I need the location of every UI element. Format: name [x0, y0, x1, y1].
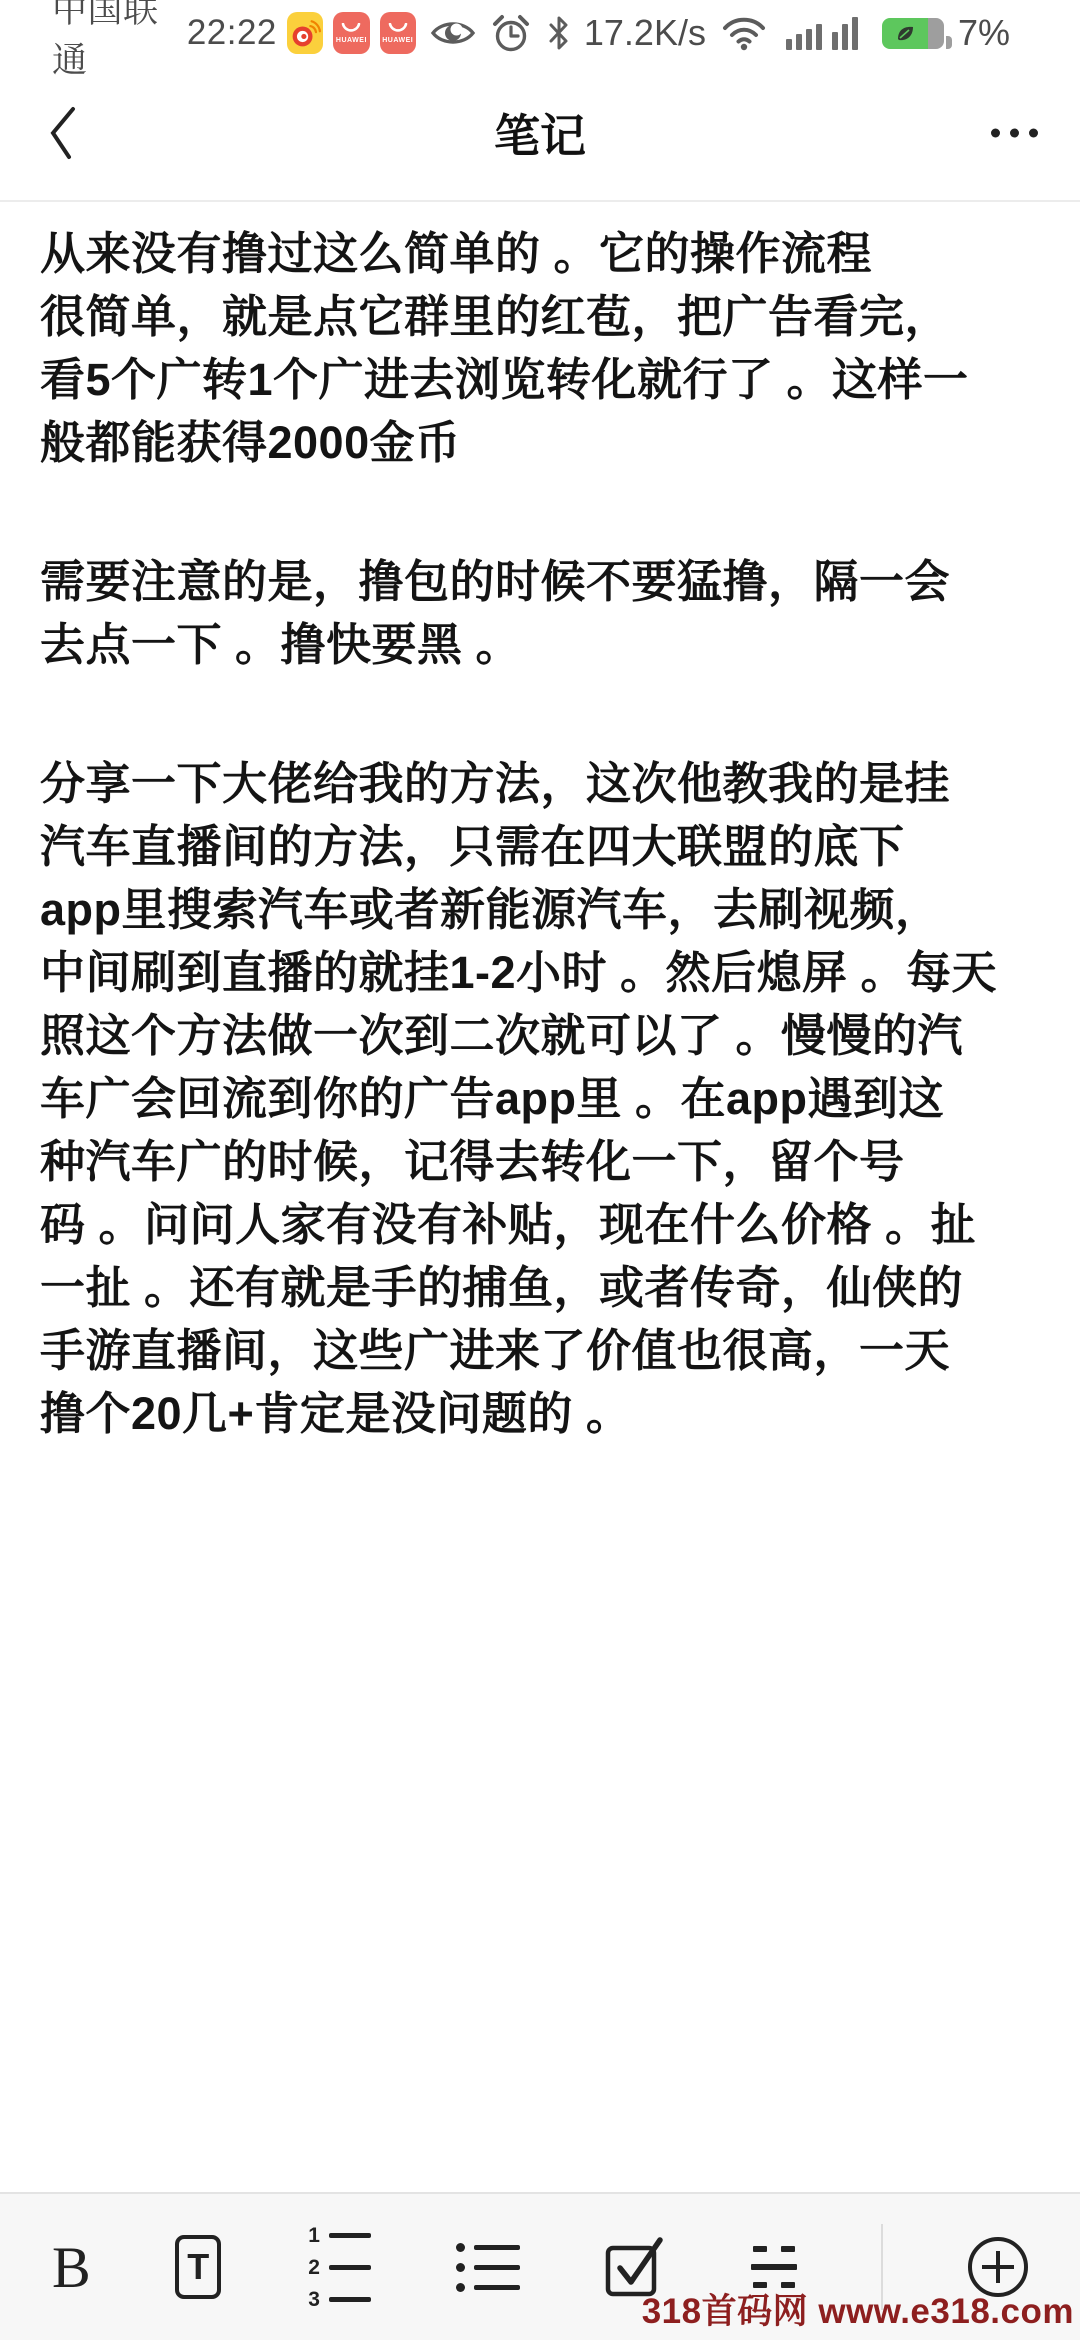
note-paragraph-3: 分享一下大佬给我的方法，这次他教我的是挂 汽车直播间的方法，只需在四大联盟的底下…	[40, 752, 1046, 1445]
battery-percent-label: 7%	[958, 12, 1010, 54]
network-speed-label: 17.2K/s	[584, 12, 706, 54]
note-editor[interactable]: 从来没有撸过这么简单的 。它的操作流程 很简单，就是点它群里的红苞，把广告看完，…	[0, 204, 1080, 2190]
divider-icon	[751, 2246, 797, 2288]
bullet-list-button[interactable]	[456, 2243, 520, 2292]
insert-divider-button[interactable]	[751, 2246, 797, 2288]
chevron-left-icon	[45, 105, 79, 161]
bullet-list-icon	[456, 2243, 520, 2292]
bold-button[interactable]: B	[52, 2234, 91, 2301]
weibo-icon	[287, 12, 323, 54]
note-paragraph-2: 需要注意的是，撸包的时候不要猛撸，隔一会 去点一下 。撸快要黑 。	[40, 550, 1046, 676]
page-title: 笔记	[0, 100, 1080, 166]
alarm-icon	[490, 12, 532, 54]
text-style-button[interactable]: T	[175, 2235, 221, 2299]
back-button[interactable]	[34, 101, 90, 165]
watermark-label: 318首码网 www.e318.com	[642, 2284, 1074, 2334]
more-button[interactable]	[987, 115, 1042, 152]
bluetooth-icon	[546, 14, 572, 52]
eye-comfort-icon	[430, 16, 476, 50]
numbered-list-icon: 1 2 3	[306, 2225, 371, 2310]
huawei-appgallery-icon-2: HUAWEI	[380, 12, 416, 54]
nav-bar: 笔记	[0, 66, 1080, 202]
status-bar: 中国联通 22:22 HUAWEI	[0, 0, 1080, 66]
note-paragraph-1: 从来没有撸过这么简单的 。它的操作流程 很简单，就是点它群里的红苞，把广告看完，…	[40, 222, 1046, 474]
wifi-icon	[720, 14, 768, 52]
battery-icon	[868, 18, 952, 49]
more-dots-icon	[991, 129, 1000, 138]
signal-bars-icon	[782, 17, 858, 50]
clock-label: 22:22	[187, 13, 277, 53]
leaf-icon	[891, 20, 919, 48]
screen: 中国联通 22:22 HUAWEI	[0, 0, 1080, 2340]
numbered-list-button[interactable]: 1 2 3	[306, 2225, 371, 2310]
huawei-badge-label: HUAWEI	[336, 37, 367, 44]
huawei-appgallery-icon: HUAWEI	[333, 12, 369, 54]
huawei-badge-label-2: HUAWEI	[382, 37, 413, 44]
text-style-icon: T	[175, 2235, 221, 2299]
